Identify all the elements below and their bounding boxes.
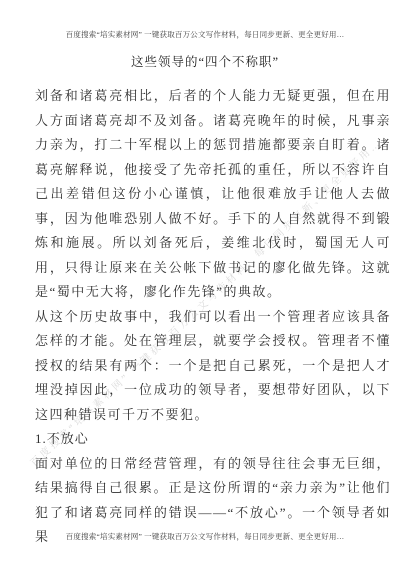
document-page: 百度搜索“培实素材网” 一键获取百万公文写作材料，每日同步更新、更全更好用… 百… [0,0,410,580]
paragraph-3: 面对单位的日常经营管理，有的领导往往会事无巨细，结果搞得自己很累。正是这份所谓的… [35,452,391,550]
header-promo-text: 百度搜索“培实素材网” 一键获取百万公文写作材料，每日同步更新、更全更好用… [0,29,410,40]
paragraph-1: 刘备和诸葛亮相比，后者的个人能力无疑更强，但在用人方面诸葛亮却不及刘备。诸葛亮晚… [35,84,391,305]
document-body: 刘备和诸葛亮相比，后者的个人能力无疑更强，但在用人方面诸葛亮却不及刘备。诸葛亮晚… [35,84,391,550]
paragraph-2: 从这个历史故事中，我们可以看出一个管理者应该具备怎样的才能。处在管理层，就要学会… [35,305,391,428]
page-title: 这些领导的“四个不称职” [0,52,410,70]
section-heading: 1.不放心 [35,427,391,452]
